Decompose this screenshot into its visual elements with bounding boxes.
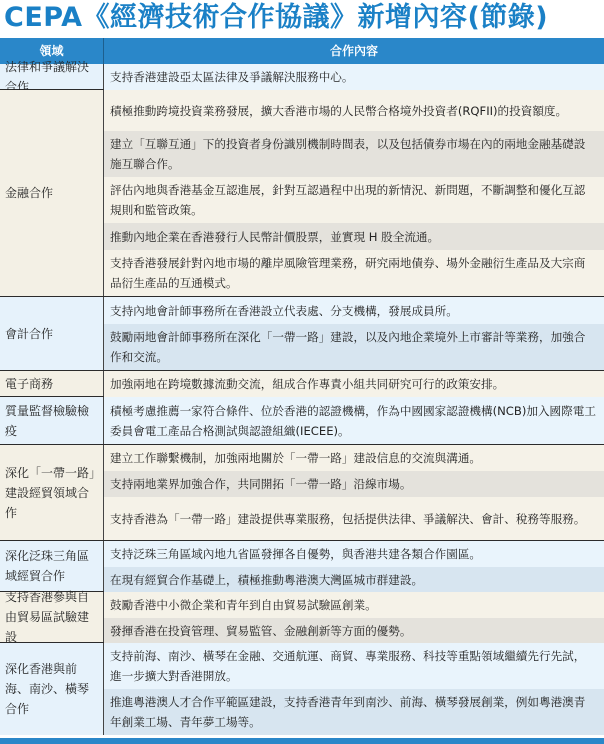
row-quality: 質量監督檢驗檢疫 積極考慮推薦一家符合條件、位於香港的認證機構，作為中國國家認證… [0,397,604,445]
area-label: 質量監督檢驗檢疫 [0,397,104,444]
row-ftz: 支持香港參與自由貿易區試驗建設 鼓勵香港中小微企業和青年到自由貿易試驗區創業。 … [0,592,604,643]
content-item: 推動內地企業在香港發行人民幣計價股票，並實現 H 股全流通。 [104,223,604,250]
content-item: 評估內地與香港基金互認進展，針對互認過程中出現的新情況、新問題，不斷調整和優化互… [104,177,604,223]
content-item: 鼓勵兩地會計師事務所在深化「一帶一路」建設，以及內地企業境外上市審計等業務，加強… [104,324,604,370]
area-label: 支持香港參與自由貿易區試驗建設 [0,592,104,642]
content-item: 建立工作聯繫機制，加強兩地關於「一帶一路」建設信息的交流與溝通。 [104,445,604,471]
content-item: 鼓勵香港中小微企業和青年到自由貿易試驗區創業。 [104,592,604,618]
content-item: 支持前海、南沙、橫琴在金融、交通航運、商貿、專業服務、科技等重點領域繼續先行先試… [104,643,604,689]
content-item: 推進粵港澳人才合作平範區建設，支持香港青年到南沙、前海、橫琴發展創業，例如粵港澳… [104,689,604,735]
row-finance: 金融合作 積極推動跨境投資業務發展，擴大香港市場的人民幣合格境外投資者(RQFI… [0,90,604,297]
header-content: 合作內容 [104,38,604,64]
row-ecommerce: 電子商務 加強兩地在跨境數據流動交流，組成合作專責小組共同研究可行的政策安排。 [0,371,604,397]
content-item: 在現有經貿合作基礎上，積極推動粵港澳大灣區城市群建設。 [104,567,604,593]
row-legal: 法律和爭議解決合作 支持香港建設亞太區法律及爭議解決服務中心。 [0,64,604,90]
area-label: 會計合作 [0,297,104,370]
area-label: 金融合作 [0,90,104,296]
content-item: 建立「互聯互通」下的投資者身份識別機制時間表，以及包括債券市場在內的兩地金融基礎… [104,131,604,177]
content-item: 支持兩地業界加強合作，共同開拓「一帶一路」沿線市場。 [104,471,604,497]
area-label: 深化泛珠三角區域經貿合作 [0,541,104,591]
content-item: 支持泛珠三角區域內地九省區發揮各自優勢，與香港共建各類合作園區。 [104,541,604,567]
row-pan-prd: 深化泛珠三角區域經貿合作 支持泛珠三角區域內地九省區發揮各自優勢，與香港共建各類… [0,541,604,592]
area-label: 深化「一帶一路」建設經貿領域合作 [0,445,104,540]
area-label: 電子商務 [0,371,104,396]
area-label: 深化香港與前海、南沙、橫琴合作 [0,643,104,735]
content-item: 支持香港為「一帶一路」建設提供專業服務，包括提供法律、爭議解決、會計、稅務等服務… [104,497,604,540]
cepa-table: 領域 合作內容 法律和爭議解決合作 支持香港建設亞太區法律及爭議解決服務中心。 … [0,38,604,735]
content-item: 支持香港建設亞太區法律及爭議解決服務中心。 [104,64,604,90]
page-title: CEPA《經濟技術合作協議》新增內容(節錄) [0,0,604,36]
content-item: 支持內地會計師事務所在香港設立代表處、分支機構，發展成員所。 [104,297,604,324]
row-belt-road: 深化「一帶一路」建設經貿領域合作 建立工作聯繫機制，加強兩地關於「一帶一路」建設… [0,445,604,541]
content-item: 積極考慮推薦一家符合條件、位於香港的認證機構，作為中國國家認證機構(NCB)加入… [104,397,604,444]
area-label: 法律和爭議解決合作 [0,64,104,89]
content-item: 發揮香港在投資管理、貿易監管、金融創新等方面的優勢。 [104,618,604,644]
row-qianhai: 深化香港與前海、南沙、橫琴合作 支持前海、南沙、橫琴在金融、交通航運、商貿、專業… [0,643,604,735]
bottom-accent-bar [0,738,604,744]
content-item: 支持香港發展針對內地市場的離岸風險管理業務，研究兩地債券、場外金融衍生產品及大宗… [104,250,604,296]
content-item: 加強兩地在跨境數據流動交流，組成合作專責小組共同研究可行的政策安排。 [104,371,604,397]
row-accounting: 會計合作 支持內地會計師事務所在香港設立代表處、分支機構，發展成員所。 鼓勵兩地… [0,297,604,371]
content-item: 積極推動跨境投資業務發展，擴大香港市場的人民幣合格境外投資者(RQFII)的投資… [104,90,604,131]
